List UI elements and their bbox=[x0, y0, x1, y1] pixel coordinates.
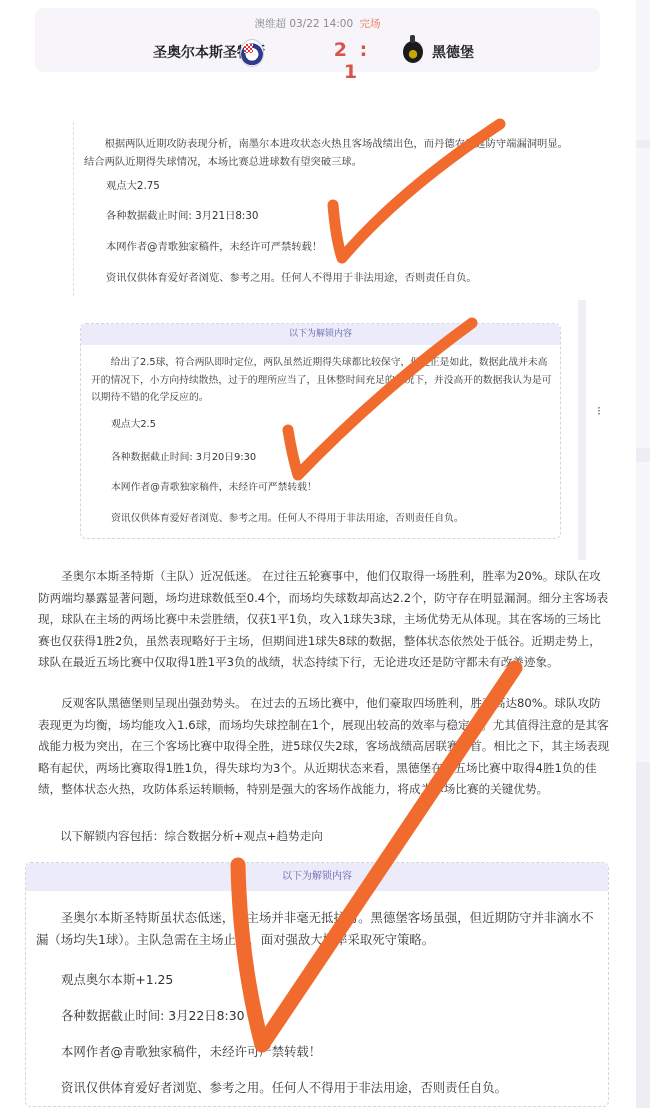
match-score: 2 : 1 bbox=[327, 39, 377, 83]
scrollbar-segment bbox=[636, 0, 650, 140]
box2-copyright: 本网作者@青歌独家稿件，未经许可严禁转载！ bbox=[111, 479, 317, 497]
box2-disclaimer: 资讯仅供体育爱好者浏览、参考之用。任何人不得用于非法用途，否则责任自负。 bbox=[111, 510, 464, 528]
box1-opinion: 观点大2.75 bbox=[106, 177, 160, 195]
home-team-crest-icon bbox=[240, 39, 264, 67]
scrollbar-segment bbox=[636, 462, 650, 762]
box3-copyright: 本网作者@青歌独家稿件，未经许可严禁转载！ bbox=[61, 1041, 321, 1063]
scrollbar-track[interactable] bbox=[636, 0, 650, 1108]
box2-paragraph: 给出了2.5球，符合两队即时定位，两队虽然近期得失球都比较保守，但是正是如此，数… bbox=[91, 354, 553, 407]
unlock-header: 以下为解锁内容 bbox=[81, 324, 560, 345]
article-paragraph-away: 反观客队黑德堡则呈现出强劲势头。 在过去的五场比赛中，他们豪取四场胜利，胜率高达… bbox=[38, 693, 610, 801]
box1-paragraph: 根据两队近期攻防表现分析，南墨尔本进攻状态火热且客场战绩出色，而丹德农雷霆防守端… bbox=[84, 135, 570, 171]
box3-opinion: 观点奥尔本斯+1.25 bbox=[61, 969, 173, 991]
box1-cutoff-time: 各种数据截止时间: 3月21日8:30 bbox=[106, 207, 259, 225]
box1-disclaimer: 资讯仅供体育爱好者浏览、参考之用。任何人不得用于非法用途，否则责任自负。 bbox=[106, 269, 477, 287]
box3-cutoff-time: 各种数据截止时间: 3月22日8:30 bbox=[61, 1005, 245, 1027]
unlock-header: 以下为解锁内容 bbox=[26, 863, 608, 891]
box3-paragraph: 圣奥尔本斯圣特斯虽状态低迷，但主场并非毫无抵抗力。黑德堡客场虽强，但近期防守并非… bbox=[36, 907, 601, 951]
box2-cutoff-time: 各种数据截止时间: 3月20日9:30 bbox=[111, 449, 256, 467]
drag-handle-icon[interactable]: ⁝ bbox=[592, 400, 606, 422]
side-divider bbox=[578, 300, 586, 560]
match-status: 完场 bbox=[360, 18, 381, 30]
unlocked-box-3: 以下为解锁内容 圣奥尔本斯圣特斯虽状态低迷，但主场并非毫无抵抗力。黑德堡客场虽强… bbox=[25, 862, 609, 1107]
article-paragraph-home: 圣奥尔本斯圣特斯（主队）近况低迷。 在过往五轮赛事中，他们仅取得一场胜利，胜率为… bbox=[38, 566, 610, 674]
match-meta: 澳维超 03/22 14:00 完场 bbox=[35, 16, 600, 31]
match-datetime: 03/22 14:00 bbox=[289, 18, 353, 30]
box2-opinion: 观点大2.5 bbox=[111, 416, 156, 434]
analysis-box-1: 根据两队近期攻防表现分析，南墨尔本进攻状态火热且客场战绩出色，而丹德农雷霆防守端… bbox=[73, 122, 579, 296]
away-team-crest-icon bbox=[403, 41, 423, 63]
league-name: 澳维超 bbox=[254, 18, 286, 30]
box1-copyright: 本网作者@青歌独家稿件，未经许可严禁转载！ bbox=[106, 238, 322, 256]
away-team-name[interactable]: 黑德堡 bbox=[432, 42, 474, 62]
unlocked-box-2: 以下为解锁内容 给出了2.5球，符合两队即时定位，两队虽然近期得失球都比较保守，… bbox=[80, 323, 561, 539]
scrollbar-segment bbox=[636, 148, 650, 448]
unlock-summary: 以下解锁内容包括：综合数据分析+观点+趋势走向 bbox=[60, 826, 323, 848]
match-card[interactable]: 澳维超 03/22 14:00 完场 圣奥尔本斯圣特斯 2 : 1 黑德堡 bbox=[35, 8, 600, 72]
box3-disclaimer: 资讯仅供体育爱好者浏览、参考之用。任何人不得用于非法用途，否则责任自负。 bbox=[61, 1077, 507, 1099]
